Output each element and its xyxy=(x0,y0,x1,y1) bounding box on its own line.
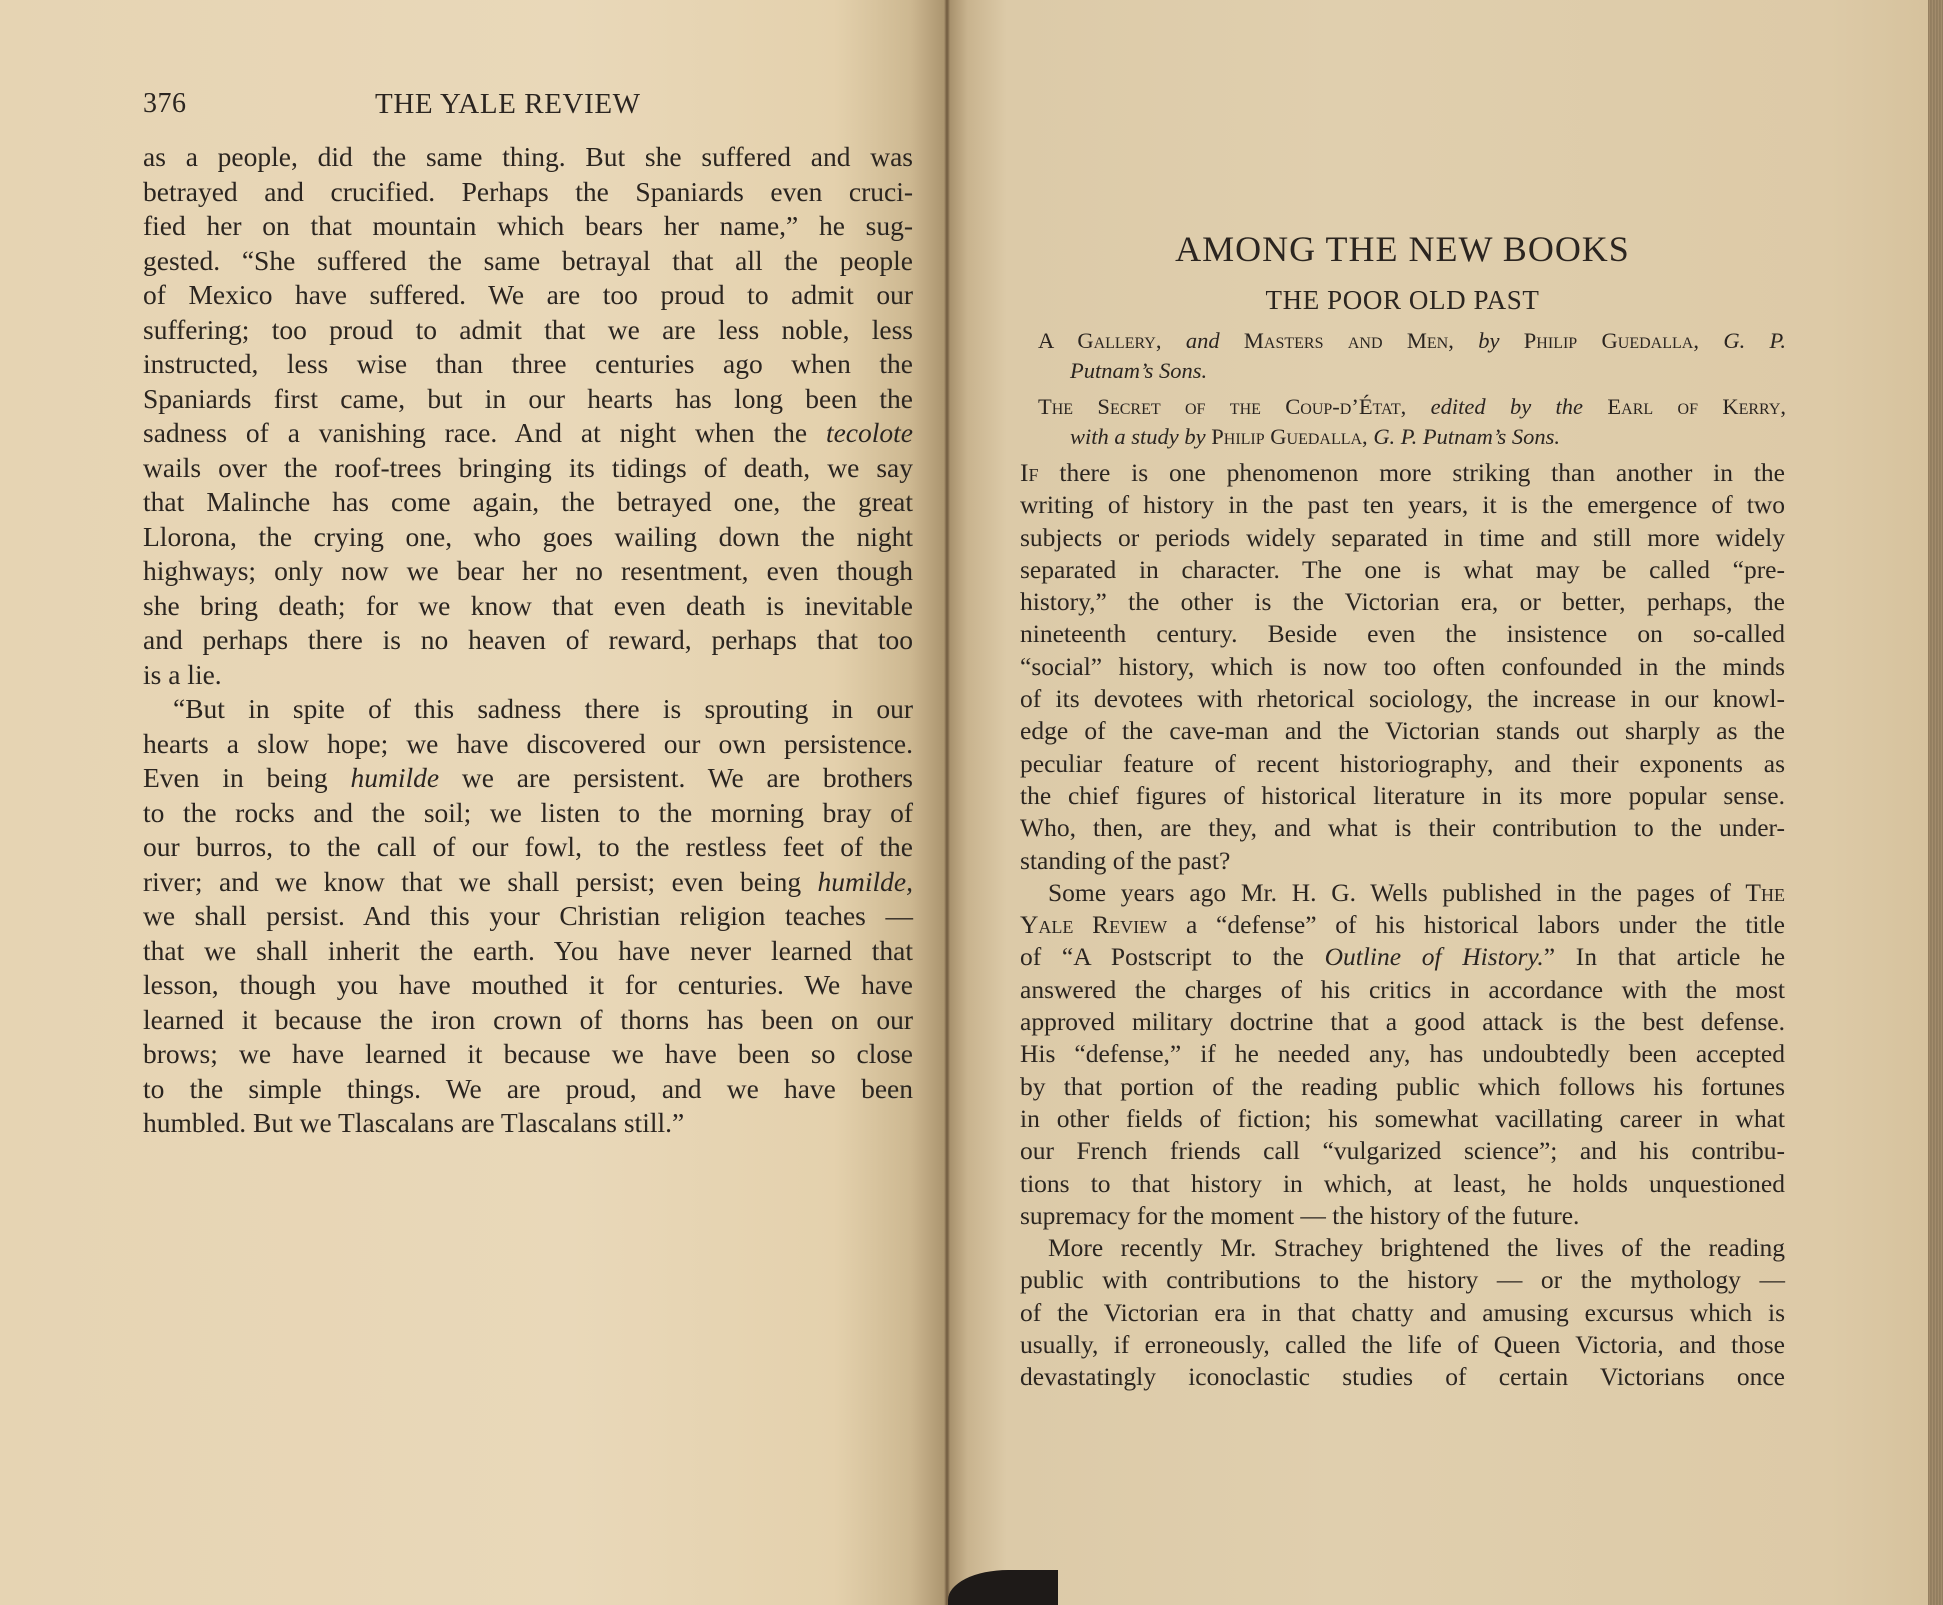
book-title: A Gallery, xyxy=(1038,328,1161,353)
text-line: supremacy for the moment — the history o… xyxy=(1020,1200,1785,1232)
text-line: approved military doctrine that a good a… xyxy=(1020,1006,1785,1038)
text-fragment: The xyxy=(1745,878,1785,907)
text-line: His “defense,” if he needed any, has und… xyxy=(1020,1038,1785,1070)
text-line: Even in being humilde we are persistent.… xyxy=(143,761,913,796)
text-line: “But in spite of this sadness there is s… xyxy=(143,692,913,727)
book-citations: A Gallery, and Masters and Men, by Phili… xyxy=(1038,326,1786,458)
italic-title: Outline of History. xyxy=(1325,942,1544,971)
author-name: Philip Guedalla, xyxy=(1211,424,1367,449)
text-line: highways; only now we bear her no resent… xyxy=(143,554,913,589)
text-line: separated in character. The one is what … xyxy=(1020,554,1785,586)
editor-name: Earl of Kerry, xyxy=(1607,394,1786,419)
text-line: nineteenth century. Beside even the insi… xyxy=(1020,618,1785,650)
text-line: our French friends call “vulgarized scie… xyxy=(1020,1135,1785,1167)
publisher: G. P. Putnam’s Sons. xyxy=(1373,424,1560,449)
text-line: that we shall inherit the earth. You hav… xyxy=(143,934,913,969)
citation-line: with a study by Philip Guedalla, G. P. P… xyxy=(1038,422,1786,452)
text-line: tions to that history in which, at least… xyxy=(1020,1168,1785,1200)
text-line: devastatingly iconoclastic studies of ce… xyxy=(1020,1361,1785,1393)
text-line: “social” history, which is now too often… xyxy=(1020,651,1785,683)
page-number: 376 xyxy=(143,88,187,120)
left-page-body: as a people, did the same thing. But she… xyxy=(143,140,913,1141)
text-fragment: ” xyxy=(1544,942,1555,971)
section-title: AMONG THE NEW BOOKS xyxy=(1020,228,1785,270)
journal-title: THE YALE REVIEW xyxy=(375,88,641,121)
citation-line: The Secret of the Coup-d’État, edited by… xyxy=(1038,392,1786,422)
text-fragment: and xyxy=(1186,328,1220,353)
page-edges xyxy=(1928,0,1943,1605)
text-line: answered the charges of his critics in a… xyxy=(1020,974,1785,1006)
italic-term-tecolote: tecolote xyxy=(826,417,913,448)
text-line: Some years ago Mr. H. G. Wells published… xyxy=(1020,877,1785,909)
text-line: betrayed and crucified. Perhaps the Span… xyxy=(143,175,913,210)
text-line: of “A Postscript to the Outline of Histo… xyxy=(1020,941,1785,973)
text-line: fied her on that mountain which bears he… xyxy=(143,209,913,244)
text-line: the chief figures of historical literatu… xyxy=(1020,780,1785,812)
text-line: gested. “She suffered the same betrayal … xyxy=(143,244,913,279)
text-line: she bring death; for we know that even d… xyxy=(143,589,913,624)
text-fragment: we are persistent. We are brothers xyxy=(462,762,913,793)
text-line: as a people, did the same thing. But she… xyxy=(143,140,913,175)
text-line: Yale Review a “defense” of his historica… xyxy=(1020,909,1785,941)
book-spread: 376 THE YALE REVIEW as a people, did the… xyxy=(0,0,1943,1605)
text-line: to the rocks and the soil; we listen to … xyxy=(143,796,913,831)
text-line: wails over the roof-trees bringing its t… xyxy=(143,451,913,486)
text-line: public with contributions to the history… xyxy=(1020,1264,1785,1296)
text-line: our burros, to the call of our fowl, to … xyxy=(143,830,913,865)
text-line: humbled. But we Tlascalans are Tlascalan… xyxy=(143,1106,913,1141)
text-line: Spaniards first came, but in our hearts … xyxy=(143,382,913,417)
text-fragment: Some years ago Mr. H. G. Wells published… xyxy=(1048,878,1731,907)
citation-line: A Gallery, and Masters and Men, by Phili… xyxy=(1038,326,1786,356)
text-line: edge of the cave-man and the Victorian s… xyxy=(1020,715,1785,747)
text-line: learned it because the iron crown of tho… xyxy=(143,1003,913,1038)
text-line: and perhaps there is no heaven of reward… xyxy=(143,623,913,658)
text-fragment: there is one phenomenon more striking th… xyxy=(1059,458,1785,487)
text-line: of the Victorian era in that chatty and … xyxy=(1020,1297,1785,1329)
text-fragment: with a study by xyxy=(1070,424,1206,449)
text-line: in other fields of fiction; his somewhat… xyxy=(1020,1103,1785,1135)
text-fragment: edited by the xyxy=(1431,394,1583,419)
publisher: Putnam’s Sons. xyxy=(1038,356,1786,386)
text-line: history,” the other is the Victorian era… xyxy=(1020,586,1785,618)
text-line: Who, then, are they, and what is their c… xyxy=(1020,812,1785,844)
citation-2: The Secret of the Coup-d’État, edited by… xyxy=(1038,392,1786,452)
text-fragment: a “defense” of his historical labors und… xyxy=(1186,910,1785,939)
text-line: instructed, less wise than three centuri… xyxy=(143,347,913,382)
text-line: writing of history in the past ten years… xyxy=(1020,489,1785,521)
review-title: THE POOR OLD PAST xyxy=(1020,285,1785,316)
text-line: usually, if erroneously, called the life… xyxy=(1020,1329,1785,1361)
text-fragment: sadness of a vanishing race. And at nigh… xyxy=(143,417,807,448)
citation-1: A Gallery, and Masters and Men, by Phili… xyxy=(1038,326,1786,386)
text-line: Llorona, the crying one, who goes wailin… xyxy=(143,520,913,555)
text-line: of Mexico have suffered. We are too prou… xyxy=(143,278,913,313)
spine-gutter xyxy=(944,0,950,1605)
text-fragment: of “A Postscript to the xyxy=(1020,942,1304,971)
text-fragment: Even in being xyxy=(143,762,328,793)
text-line: hearts a slow hope; we have discovered o… xyxy=(143,727,913,762)
text-line: suffering; too proud to admit that we ar… xyxy=(143,313,913,348)
right-page-body: If there is one phenomenon more striking… xyxy=(1020,457,1785,1394)
drop-word: If xyxy=(1020,458,1039,487)
text-line: is a lie. xyxy=(143,658,913,693)
text-line: standing of the past? xyxy=(1020,845,1785,877)
text-line: sadness of a vanishing race. And at nigh… xyxy=(143,416,913,451)
book-title: Masters and Men, xyxy=(1244,328,1454,353)
text-line: More recently Mr. Strachey brightened th… xyxy=(1020,1232,1785,1264)
text-line: that Malinche has come again, the betray… xyxy=(143,485,913,520)
italic-term-humilde: humilde, xyxy=(818,866,913,897)
text-line: brows; we have learned it because we hav… xyxy=(143,1037,913,1072)
book-title: The Secret of the Coup-d’État, xyxy=(1038,394,1406,419)
text-line: If there is one phenomenon more striking… xyxy=(1020,457,1785,489)
text-fragment: In that article he xyxy=(1576,942,1785,971)
text-line: subjects or periods widely separated in … xyxy=(1020,522,1785,554)
text-fragment: by xyxy=(1478,328,1499,353)
text-line: we shall persist. And this your Christia… xyxy=(143,899,913,934)
author-name: Philip Guedalla, xyxy=(1524,328,1699,353)
publisher: G. P. xyxy=(1723,328,1786,353)
text-line: of its devotees with rhetorical sociolog… xyxy=(1020,683,1785,715)
text-line: by that portion of the reading public wh… xyxy=(1020,1071,1785,1103)
text-line: to the simple things. We are proud, and … xyxy=(143,1072,913,1107)
italic-term-humilde: humilde xyxy=(350,762,439,793)
text-line: peculiar feature of recent historiograph… xyxy=(1020,748,1785,780)
journal-name: Yale Review xyxy=(1020,910,1167,939)
text-line: river; and we know that we shall persist… xyxy=(143,865,913,900)
text-fragment: river; and we know that we shall persist… xyxy=(143,866,801,897)
running-head: 376 THE YALE REVIEW xyxy=(143,88,913,128)
text-line: lesson, though you have mouthed it for c… xyxy=(143,968,913,1003)
